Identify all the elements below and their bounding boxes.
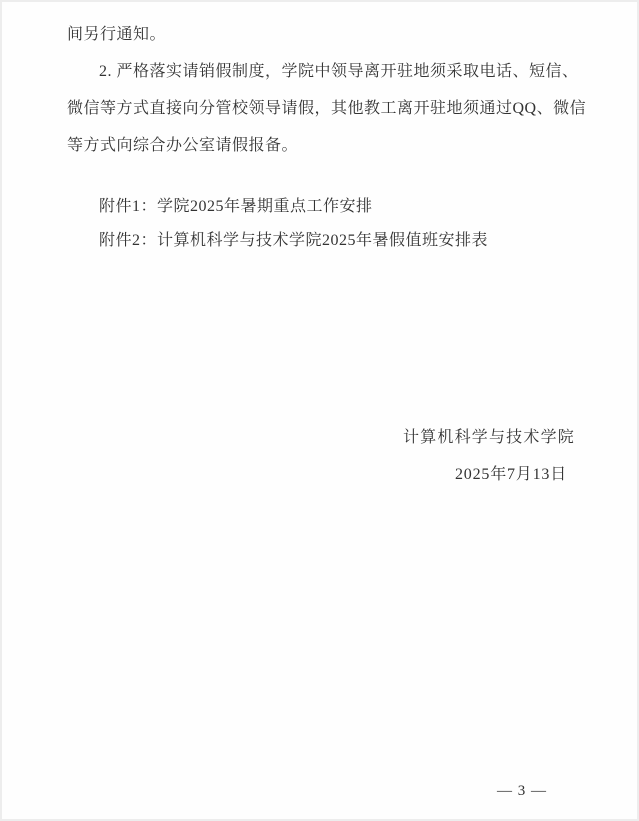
signature-date: 2025年7月13日 [455,465,567,484]
paragraph-2-line-1: 2. 严格落实请销假制度，学院中领导离开驻地须采取电话、短信、 [99,62,579,81]
page-number: — 3 — [497,782,547,801]
document-page: 间另行通知。 2. 严格落实请销假制度，学院中领导离开驻地须采取电话、短信、 微… [0,0,639,821]
paragraph-2-line-2: 微信等方式直接向分管校领导请假，其他教工离开驻地须通过QQ、微信 [67,99,586,118]
attachment-2-line: 附件2：计算机科学与技术学院2025年暑假值班安排表 [99,231,488,250]
attachment-1-line: 附件1：学院2025年暑期重点工作安排 [99,197,373,216]
signature-org-name: 计算机科学与技术学院 [403,428,575,447]
paragraph-continuation-line: 间另行通知。 [67,25,166,44]
paragraph-2-line-3: 等方式向综合办公室请假报备。 [67,136,298,155]
